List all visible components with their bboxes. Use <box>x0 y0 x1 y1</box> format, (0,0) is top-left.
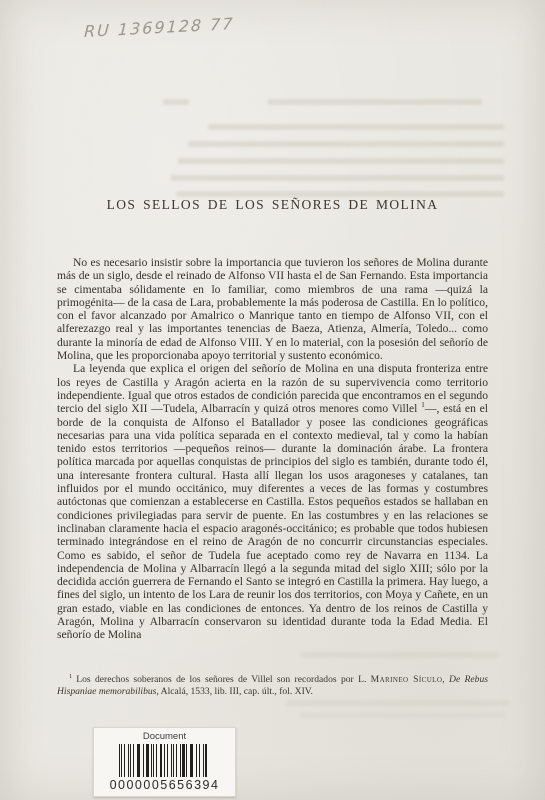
article-title: LOS SELLOS DE LOS SEÑORES DE MOLINA <box>0 197 545 213</box>
barcode-bar <box>173 744 174 777</box>
barcode-bar <box>146 744 149 777</box>
footnote-author: Marineo Sículo <box>371 674 443 685</box>
paragraph-1: No es necesario insistir sobre la import… <box>57 256 488 362</box>
barcode-bar <box>176 744 177 777</box>
barcode-bar <box>171 744 172 777</box>
barcode-bar <box>167 744 168 777</box>
barcode-bar <box>186 744 187 777</box>
paragraph-2-text-b: —, está en el borde de la conquista de A… <box>57 402 488 641</box>
footnote-marker: 1 <box>69 673 72 680</box>
barcode-bar <box>203 744 204 777</box>
scanned-page: RU 1369128 77 LOS SELLOS DE LOS SEÑORES … <box>0 0 545 800</box>
paragraph-2: La leyenda que explica el origen del señ… <box>57 362 488 641</box>
barcode-bar <box>151 744 152 777</box>
barcode-bar <box>164 744 165 777</box>
barcode <box>94 744 235 777</box>
barcode-bar <box>182 744 185 777</box>
barcode-number: 0000005656394 <box>94 778 235 792</box>
barcode-bar <box>128 744 129 777</box>
footnote-text-a: Los derechos soberanos de los señores de… <box>76 674 370 685</box>
barcode-bar <box>133 744 134 777</box>
barcode-bar <box>190 744 193 777</box>
barcode-bar <box>137 744 140 777</box>
barcode-bar <box>153 744 154 777</box>
footnote: 1Los derechos soberanos de los señores d… <box>57 674 488 698</box>
barcode-sticker-title: Document <box>94 731 235 742</box>
barcode-bar <box>205 744 207 777</box>
barcode-bar <box>143 744 144 777</box>
footnote-text-b: , Alcalá, 1533, lib. III, cap. últ., fol… <box>156 686 313 697</box>
barcode-bar <box>121 744 122 777</box>
barcode-sticker: Document 0000005656394 <box>93 727 236 797</box>
barcode-bar <box>156 744 157 777</box>
barcode-bar <box>180 744 181 777</box>
barcode-bar <box>130 744 131 777</box>
handwritten-shelfmark: RU 1369128 77 <box>84 14 235 41</box>
barcode-bar <box>124 744 125 777</box>
barcode-bar <box>196 744 197 777</box>
body-text: No es necesario insistir sobre la import… <box>57 256 488 642</box>
barcode-bar <box>119 744 120 777</box>
barcode-bar <box>160 744 162 777</box>
barcode-bar <box>199 744 200 777</box>
